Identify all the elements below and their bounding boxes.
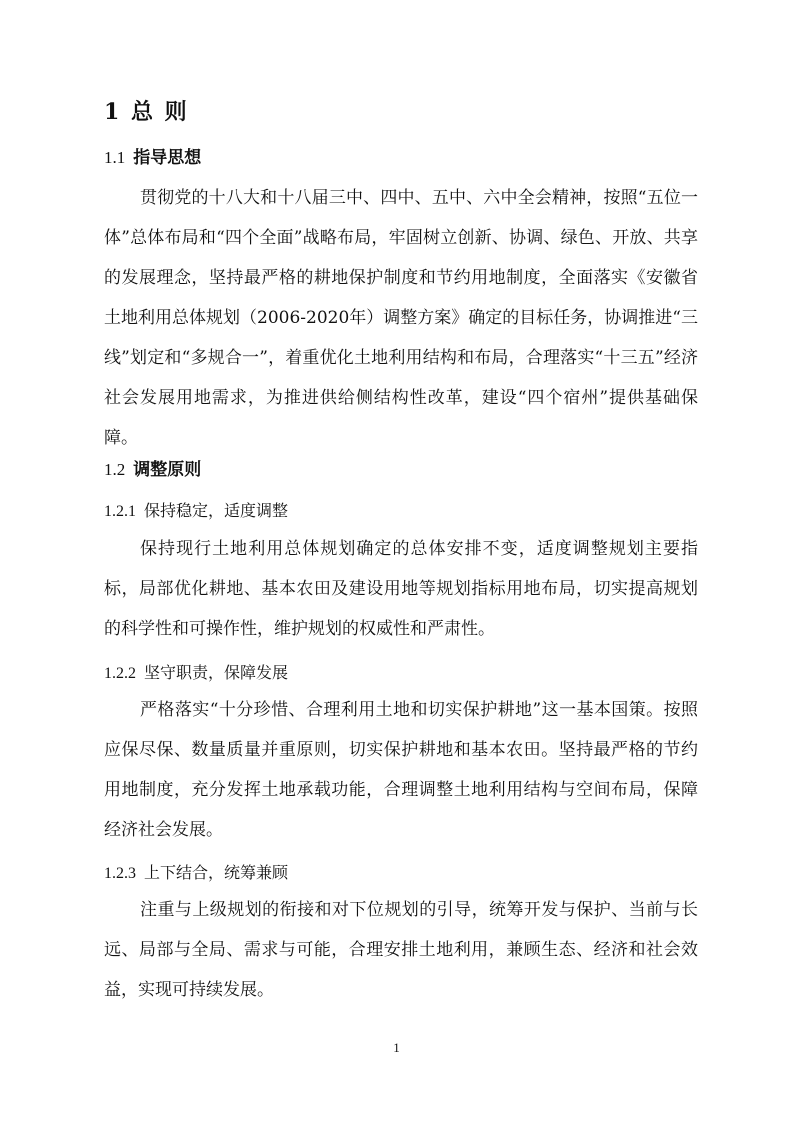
section-heading-1-2: 1.2调整原则 [104,455,201,480]
subsection-title: 保持稳定，适度调整 [144,501,288,520]
page-number: 1 [0,1040,793,1056]
subsection-heading-1-2-3: 1.2.3上下结合，统筹兼顾 [104,860,288,883]
section-title: 指导思想 [133,148,201,168]
paragraph-1-2-1: 保持现行土地利用总体规划确定的总体安排不变，适度调整规划主要指标，局部优化耕地、… [104,529,698,649]
subsection-title: 坚守职责，保障发展 [144,663,288,682]
chapter-heading: 1 总 则 [104,95,189,126]
chapter-title: 总 则 [131,99,189,125]
section-heading-1-1: 1.1指导思想 [104,143,201,168]
paragraph-1-2-3: 注重与上级规划的衔接和对下位规划的引导，统筹开发与保护、当前与长远、局部与全局、… [104,890,698,1010]
subsection-heading-1-2-1: 1.2.1保持稳定，适度调整 [104,498,288,521]
document-page: 1 总 则 1.1指导思想 贯彻党的十八大和十八届三中、四中、五中、六中全会精神… [0,0,793,1122]
subsection-title: 上下结合，统筹兼顾 [144,863,288,882]
subsection-heading-1-2-2: 1.2.2坚守职责，保障发展 [104,660,288,683]
section-number: 1.1 [104,148,125,167]
section-number: 1.2 [104,460,125,479]
section-title: 调整原则 [133,460,201,480]
subsection-number: 1.2.2 [104,665,136,682]
subsection-number: 1.2.1 [104,503,136,520]
chapter-number: 1 [104,99,121,125]
paragraph-guiding-ideology: 贯彻党的十八大和十八届三中、四中、五中、六中全会精神，按照“五位一体”总体布局和… [104,178,698,458]
paragraph-1-2-2: 严格落实“十分珍惜、合理利用土地和切实保护耕地”这一基本国策。按照应保尽保、数量… [104,690,698,850]
subsection-number: 1.2.3 [104,865,136,882]
